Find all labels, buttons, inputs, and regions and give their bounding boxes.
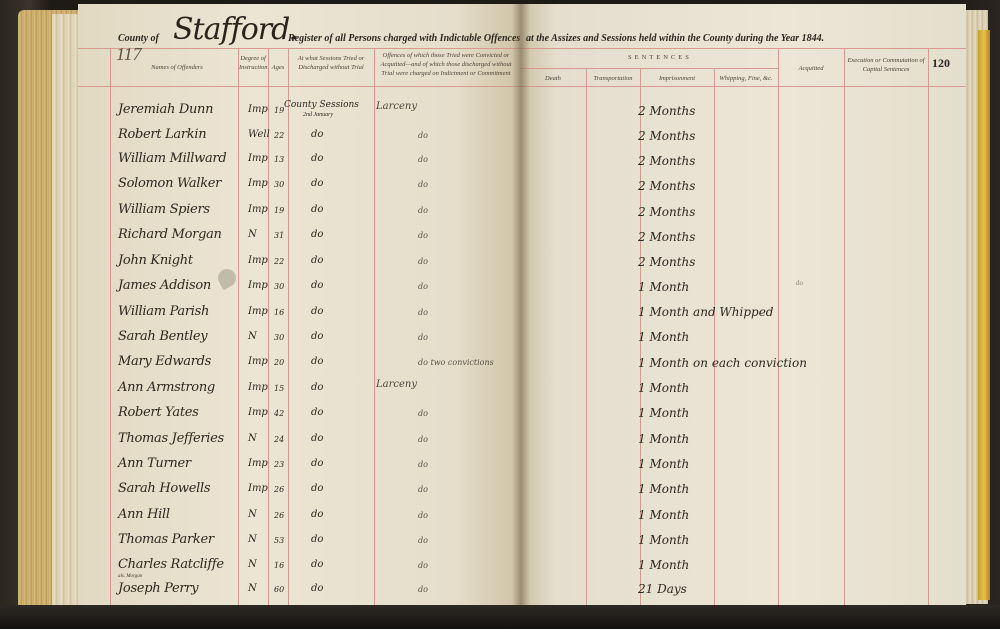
table-row: Ann Armstrong Imp 15 do Larceny [78, 376, 520, 401]
right-page: at the Assizes and Sessions held within … [520, 4, 966, 606]
degree-of-instruction: Imp [248, 153, 268, 164]
col-header-degree: Degree of Instruction [239, 54, 267, 72]
offender-name: Robert Yates [118, 405, 199, 420]
degree-of-instruction: N [248, 583, 257, 594]
degree-of-instruction: Imp [248, 280, 268, 291]
degree-of-instruction: Imp [248, 306, 268, 317]
sentence-row: 1 Month [520, 504, 966, 529]
session-tried: do [311, 382, 323, 393]
offence: do [418, 155, 428, 164]
col-header-offences: Offences of which those Tried were Convi… [376, 51, 516, 78]
imprisonment-sentence: 2 Months [638, 255, 695, 269]
table-row: Charles Ratcliffe N 16 do do [78, 553, 520, 578]
sentence-row: 2 Months [520, 251, 966, 276]
offender-name: Thomas Jefferies [118, 431, 224, 446]
imprisonment-sentence: 1 Month [638, 457, 689, 471]
offender-age: 53 [274, 536, 284, 545]
sentence-row: 2 Months [520, 125, 966, 150]
session-tried: do [311, 153, 323, 164]
table-row: William Parish Imp 16 do do [78, 300, 520, 325]
session-tried: do [311, 129, 323, 140]
offender-age: 42 [274, 409, 284, 418]
offence: do [418, 435, 428, 444]
col-header-death: Death [522, 74, 584, 83]
table-row: Robert Larkin Well 22 do do [78, 123, 520, 148]
session-tried: do [311, 458, 323, 469]
table-row: als. Morgan Joseph Perry N 60 do do [78, 577, 520, 602]
imprisonment-sentence: 1 Month [638, 330, 689, 344]
offender-age: 16 [274, 308, 284, 317]
header-rule-top [520, 48, 966, 49]
offender-name: William Spiers [118, 202, 210, 217]
offence: do [418, 180, 428, 189]
county-name: Stafford. [173, 12, 298, 47]
offender-name: Charles Ratcliffe [118, 557, 224, 572]
offence: do [418, 536, 428, 545]
table-row: William Spiers Imp 19 do do [78, 198, 520, 223]
header-rule-bottom [78, 86, 520, 87]
sentence-row: 1 Month and Whipped [520, 301, 966, 326]
session-tried: do [311, 255, 323, 266]
gilt-edge [978, 30, 990, 600]
degree-of-instruction: N [248, 534, 257, 545]
degree-of-instruction: Well [248, 129, 270, 140]
offender-name: Robert Larkin [118, 127, 206, 142]
table-row: Mary Edwards Imp 20 do do two conviction… [78, 350, 520, 375]
session-date: 2nd January [303, 112, 333, 118]
county-label: County of [118, 33, 159, 44]
offence: do [418, 333, 428, 342]
offence: do [418, 206, 428, 215]
book-bottom-edge [0, 605, 1000, 629]
offence: do [418, 257, 428, 266]
table-row: Solomon Walker Imp 30 do do [78, 172, 520, 197]
col-header-sessions: At what Sessions Tried or Discharged wit… [290, 54, 372, 72]
offence: do [418, 131, 428, 140]
offender-age: 19 [274, 106, 284, 115]
degree-of-instruction: Imp [248, 356, 268, 367]
session-tried: do [311, 559, 323, 570]
sentence-row: 2 Months [520, 175, 966, 200]
register-title-continued: at the Assizes and Sessions held within … [526, 33, 824, 44]
folio-mark: 117 [116, 44, 142, 65]
degree-of-instruction: Imp [248, 204, 268, 215]
session-tried: do [311, 483, 323, 494]
offence: do [418, 511, 428, 520]
session-tried: do [311, 433, 323, 444]
sentence-row: 2 Months [520, 150, 966, 175]
offence: do [418, 460, 428, 469]
left-page-edges [52, 14, 80, 606]
offender-name: John Knight [118, 253, 193, 268]
table-row: Thomas Jefferies N 24 do do [78, 427, 520, 452]
session-tried: do [311, 331, 323, 342]
degree-of-instruction: N [248, 331, 257, 342]
degree-of-instruction: Imp [248, 458, 268, 469]
offender-age: 30 [274, 282, 284, 291]
degree-of-instruction: Imp [248, 483, 268, 494]
imprisonment-sentence: 1 Month [638, 280, 689, 294]
offender-name: Thomas Parker [118, 532, 214, 547]
offender-age: 19 [274, 206, 284, 215]
sentences-group-header: SENTENCES [628, 54, 692, 61]
offender-name: William Parish [118, 304, 209, 319]
sentence-row: 1 Month [520, 276, 966, 301]
sentence-row: 1 Month on each conviction [520, 352, 966, 377]
col-header-transportation: Transportation [587, 74, 639, 83]
offender-age: 30 [274, 333, 284, 342]
offender-name: Joseph Perry [118, 581, 198, 596]
offence: Larceny [376, 101, 417, 112]
col-header-execution: Execution or Commutation of Capital Sent… [846, 56, 926, 74]
imprisonment-sentence: 2 Months [638, 129, 695, 143]
sentence-row: 1 Month [520, 478, 966, 503]
imprisonment-sentence: 1 Month [638, 482, 689, 496]
imprisonment-sentence: 1 Month [638, 432, 689, 446]
table-row: Thomas Parker N 53 do do [78, 528, 520, 553]
table-row: Ann Hill N 26 do do [78, 503, 520, 528]
offender-name: Sarah Howells [118, 481, 210, 496]
offender-age: 16 [274, 561, 284, 570]
imprisonment-sentence: 1 Month and Whipped [638, 305, 773, 319]
sentence-row: 1 Month [520, 402, 966, 427]
offender-age: 26 [274, 485, 284, 494]
offence: do [418, 585, 428, 594]
degree-of-instruction: Imp [248, 407, 268, 418]
table-row: Jeremiah Dunn Imp 19 County Sessions 2nd… [78, 98, 520, 123]
offender-age: 20 [274, 358, 284, 367]
session-tried: do [311, 306, 323, 317]
offender-name: Jeremiah Dunn [118, 102, 213, 117]
sentence-row: 1 Month [520, 554, 966, 579]
degree-of-instruction: Imp [248, 178, 268, 189]
offender-name: James Addison [118, 278, 211, 293]
degree-of-instruction: Imp [248, 104, 268, 115]
col-header-whipping: Whipping, Fine, &c. [715, 74, 777, 83]
session-tried: do [311, 509, 323, 520]
table-row: Sarah Bentley N 30 do do [78, 325, 520, 350]
session-tried: do [311, 407, 323, 418]
imprisonment-sentence: 2 Months [638, 230, 695, 244]
offender-name: Richard Morgan [118, 227, 222, 242]
offender-name: Solomon Walker [118, 176, 221, 191]
degree-of-instruction: N [248, 509, 257, 520]
sentence-row: 1 Month [520, 428, 966, 453]
offender-age: 30 [274, 180, 284, 189]
offender-name: Ann Armstrong [118, 380, 215, 395]
offence: do [418, 561, 428, 570]
degree-of-instruction: N [248, 229, 257, 240]
sentence-row: 1 Month [520, 377, 966, 402]
offence: do two convictions [418, 358, 494, 367]
col-header-names: Names of Offenders [118, 63, 236, 72]
book-gutter [512, 4, 530, 606]
session-tried: do [311, 229, 323, 240]
sentences-sub-rule [520, 68, 778, 69]
sentence-row: 1 Month [520, 326, 966, 351]
sentence-row: 2 Months [520, 226, 966, 251]
offender-age: 60 [274, 585, 284, 594]
table-row: Ann Turner Imp 23 do do [78, 452, 520, 477]
offender-name: Sarah Bentley [118, 329, 207, 344]
offender-age: 31 [274, 231, 284, 240]
offender-age: 24 [274, 435, 284, 444]
offender-age: 22 [274, 257, 284, 266]
offender-name: Mary Edwards [118, 354, 211, 369]
offence: do [418, 282, 428, 291]
imprisonment-sentence: 1 Month on each conviction [638, 356, 807, 370]
sentence-row: 1 Month [520, 453, 966, 478]
offence: do [418, 231, 428, 240]
sentence-row: 1 Month [520, 529, 966, 554]
degree-of-instruction: Imp [248, 382, 268, 393]
header-rule-top [78, 48, 520, 49]
offender-name: Ann Hill [118, 507, 170, 522]
offence: do [418, 308, 428, 317]
offender-age: 23 [274, 460, 284, 469]
imprisonment-sentence: 1 Month [638, 558, 689, 572]
table-row: John Knight Imp 22 do do [78, 249, 520, 274]
sentence-row: 21 Days [520, 578, 966, 603]
col-header-imprisonment: Imprisonment [641, 74, 713, 83]
sentence-row: 2 Months [520, 100, 966, 125]
degree-of-instruction: Imp [248, 255, 268, 266]
offender-name: William Millward [118, 151, 226, 166]
page-number: 120 [932, 56, 950, 71]
col-header-age: Ages [269, 63, 287, 72]
session-tried: do [311, 178, 323, 189]
left-page: County of Stafford. Register of all Pers… [78, 4, 520, 606]
degree-of-instruction: N [248, 433, 257, 444]
session-tried: do [311, 204, 323, 215]
degree-of-instruction: N [248, 559, 257, 570]
imprisonment-sentence: 1 Month [638, 533, 689, 547]
imprisonment-sentence: 2 Months [638, 179, 695, 193]
table-row: William Millward Imp 13 do do [78, 147, 520, 172]
offender-age: 15 [274, 384, 284, 393]
session-tried: do [311, 583, 323, 594]
offender-age: 26 [274, 511, 284, 520]
table-row: Sarah Howells Imp 26 do do [78, 477, 520, 502]
col-header-acquitted: Acquitted [779, 64, 843, 73]
table-row: James Addison Imp 30 do do [78, 274, 520, 299]
table-row: Robert Yates Imp 42 do do [78, 401, 520, 426]
offender-age: 22 [274, 131, 284, 140]
table-row: Richard Morgan N 31 do do [78, 223, 520, 248]
imprisonment-sentence: 1 Month [638, 381, 689, 395]
imprisonment-sentence: 2 Months [638, 154, 695, 168]
offender-name: Ann Turner [118, 456, 191, 471]
imprisonment-sentence: 2 Months [638, 104, 695, 118]
imprisonment-sentence: 1 Month [638, 508, 689, 522]
session-tried: do [311, 280, 323, 291]
sentence-row: 2 Months [520, 201, 966, 226]
imprisonment-sentence: 21 Days [638, 582, 687, 596]
session-tried: do [311, 534, 323, 545]
register-title: Register of all Persons charged with Ind… [288, 33, 520, 44]
session-tried: County Sessions [284, 100, 359, 110]
imprisonment-sentence: 1 Month [638, 406, 689, 420]
offender-age: 13 [274, 155, 284, 164]
session-tried: do [311, 356, 323, 367]
imprisonment-sentence: 2 Months [638, 205, 695, 219]
offence: do [418, 409, 428, 418]
offence: do [418, 485, 428, 494]
alias-note: als. Morgan [118, 574, 142, 579]
offence: Larceny [376, 379, 417, 390]
